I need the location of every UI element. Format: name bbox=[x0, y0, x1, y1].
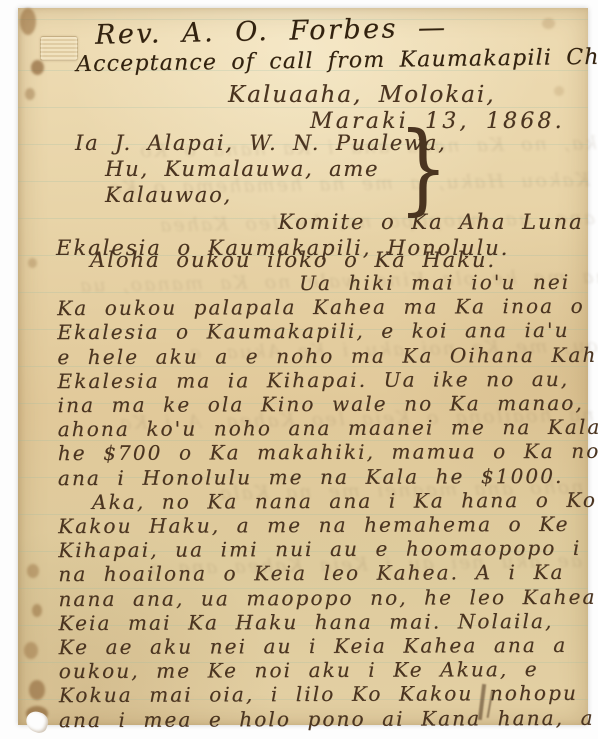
letter-place: Kaluaaha, Molokai, bbox=[228, 82, 496, 108]
addressee-line: Kalauwao, bbox=[105, 183, 232, 207]
letter-line: Ua hiki mai io'u nei bbox=[299, 270, 573, 295]
grouping-brace: } bbox=[398, 124, 448, 214]
letter-line: e hele aku a e noho ma Ka Oihana Kahu bbox=[57, 342, 573, 368]
committee-line: Komite o Ka Aha Luna bbox=[278, 210, 584, 234]
scan-background: { "letter": { "title_line": "Rev. A. O. … bbox=[0, 0, 598, 739]
addressee-line: Hu, Kumalauwa, ame bbox=[105, 157, 379, 181]
letter-body: Ua hiki mai io'u nei Ka oukou palapala K… bbox=[57, 270, 575, 732]
letter-line: Ekalesia o Kaumakapili, e koi ana ia'u bbox=[57, 318, 573, 344]
letter-line: oukou, me Ke noi aku i Ke Akua, e bbox=[59, 657, 575, 683]
letter-line: Keia mai Ka Haku hana mai. Nolaila, bbox=[58, 609, 574, 635]
letter-line: nana ana, ua maopopo no, he leo Kahea bbox=[58, 585, 574, 611]
letter-line: ahona ko'u noho ana maanei me na Kala bbox=[58, 415, 574, 441]
embossed-stamp bbox=[40, 36, 78, 61]
letter-line: Ekalesia ma ia Kihapai. Ua ike no au, bbox=[57, 367, 573, 393]
letter-line: Ka oukou palapala Kahea ma Ka inoa o Ka bbox=[57, 294, 573, 320]
letter-line: ana i mea e holo pono ai Kana hana, a bbox=[59, 706, 575, 732]
addressee-line: Ia J. Alapai, W. N. Pualewa, bbox=[75, 131, 447, 155]
letter-line: Aka, no Ka nana ana i Ka hana o Ko bbox=[92, 488, 574, 514]
letter-line: Kokua mai oia, i lilo Ko Kakou nohopu bbox=[59, 681, 575, 707]
letter-paper: Aka, no Ka nana ana i Ka hana o Ko Kakou… bbox=[18, 8, 588, 725]
letter-line: Kihapai, ua imi nui au e hoomaopopo i bbox=[58, 536, 574, 562]
letter-line: Kakou Haku, a me na hemahema o Ke bbox=[58, 512, 574, 538]
letter-line: he $700 o Ka makahiki, mamua o Ka noho bbox=[58, 439, 574, 465]
salutation: Aloha oukou iloko o Ka Haku. bbox=[90, 248, 496, 272]
letter-line: ana i Honolulu me na Kala he $1000. bbox=[58, 463, 574, 489]
letter-line: ina ma ke ola Kino wale no Ka manao, ua bbox=[58, 391, 574, 417]
letter-line: Ke ae aku nei au i Keia Kahea ana a bbox=[59, 633, 575, 659]
letter-line: na hoailona o Keia leo Kahea. A i Ka bbox=[58, 560, 574, 586]
